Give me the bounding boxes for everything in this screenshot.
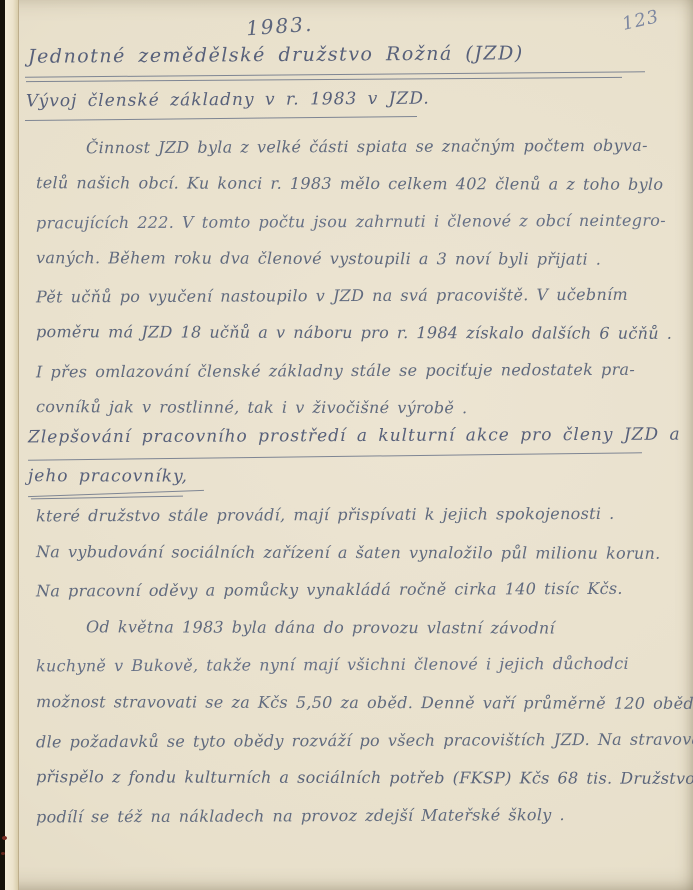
subtitle-underline <box>25 116 417 121</box>
section-heading-line: Zlepšování pracovního prostředí a kultur… <box>28 415 681 459</box>
text-line: I přes omlazování členské základny stále… <box>36 350 683 390</box>
text-line: poměru má JZD 18 učňů a v náboru pro r. … <box>36 314 683 353</box>
text-line: Na vybudování sociálních zařízení a šate… <box>36 533 683 572</box>
text-line: Na pracovní oděvy a pomůcky vynakládá ro… <box>36 570 683 610</box>
doc-title: Jednotné zemědělské družstvo Rožná (JZD) <box>28 42 524 67</box>
text-line: kuchyně v Bukově, takže nyní mají všichn… <box>36 645 683 685</box>
section-heading: Zlepšování pracovního prostředí a kultur… <box>28 416 681 498</box>
text-line: které družstvo stále provádí, mají přisp… <box>36 495 683 535</box>
text-line: vaných. Během roku dva členové vystoupil… <box>36 239 683 278</box>
text-line: Činnost JZD byla z velké části spiata se… <box>36 127 683 167</box>
text-line: telů našich obcí. Ku konci r. 1983 mělo … <box>36 164 683 203</box>
year-heading: 1983. <box>245 12 314 41</box>
text-line: možnost stravovati se za Kčs 5,50 za obě… <box>36 683 683 722</box>
scanned-page: 123 1983. Jednotné zemědělské družstvo R… <box>0 0 693 890</box>
text-line: dle požadavků se tyto obědy rozváží po v… <box>36 720 683 760</box>
text-line: Od května 1983 byla dána do provozu vlas… <box>36 608 683 647</box>
page-number: 123 <box>620 6 661 35</box>
text-line: podílí se též na nákladech na provoz zde… <box>36 795 683 835</box>
doc-subtitle: Vývoj členské základny v r. 1983 v JZD. <box>26 89 430 112</box>
edge-artifact <box>2 836 7 840</box>
title-underline <box>26 77 622 82</box>
paragraph-membership: Činnost JZD byla z velké části spiata se… <box>36 128 683 426</box>
page-fold-edge <box>5 0 19 890</box>
paragraph-welfare: které družstvo stále provádí, mají přisp… <box>36 496 683 834</box>
text-line: pracujících 222. V tomto počtu jsou zahr… <box>36 201 683 241</box>
text-line: Pět učňů po vyučení nastoupilo v JZD na … <box>36 276 683 316</box>
text-line: přispělo z fondu kulturních a sociálních… <box>36 758 683 797</box>
edge-artifact <box>1 852 5 855</box>
